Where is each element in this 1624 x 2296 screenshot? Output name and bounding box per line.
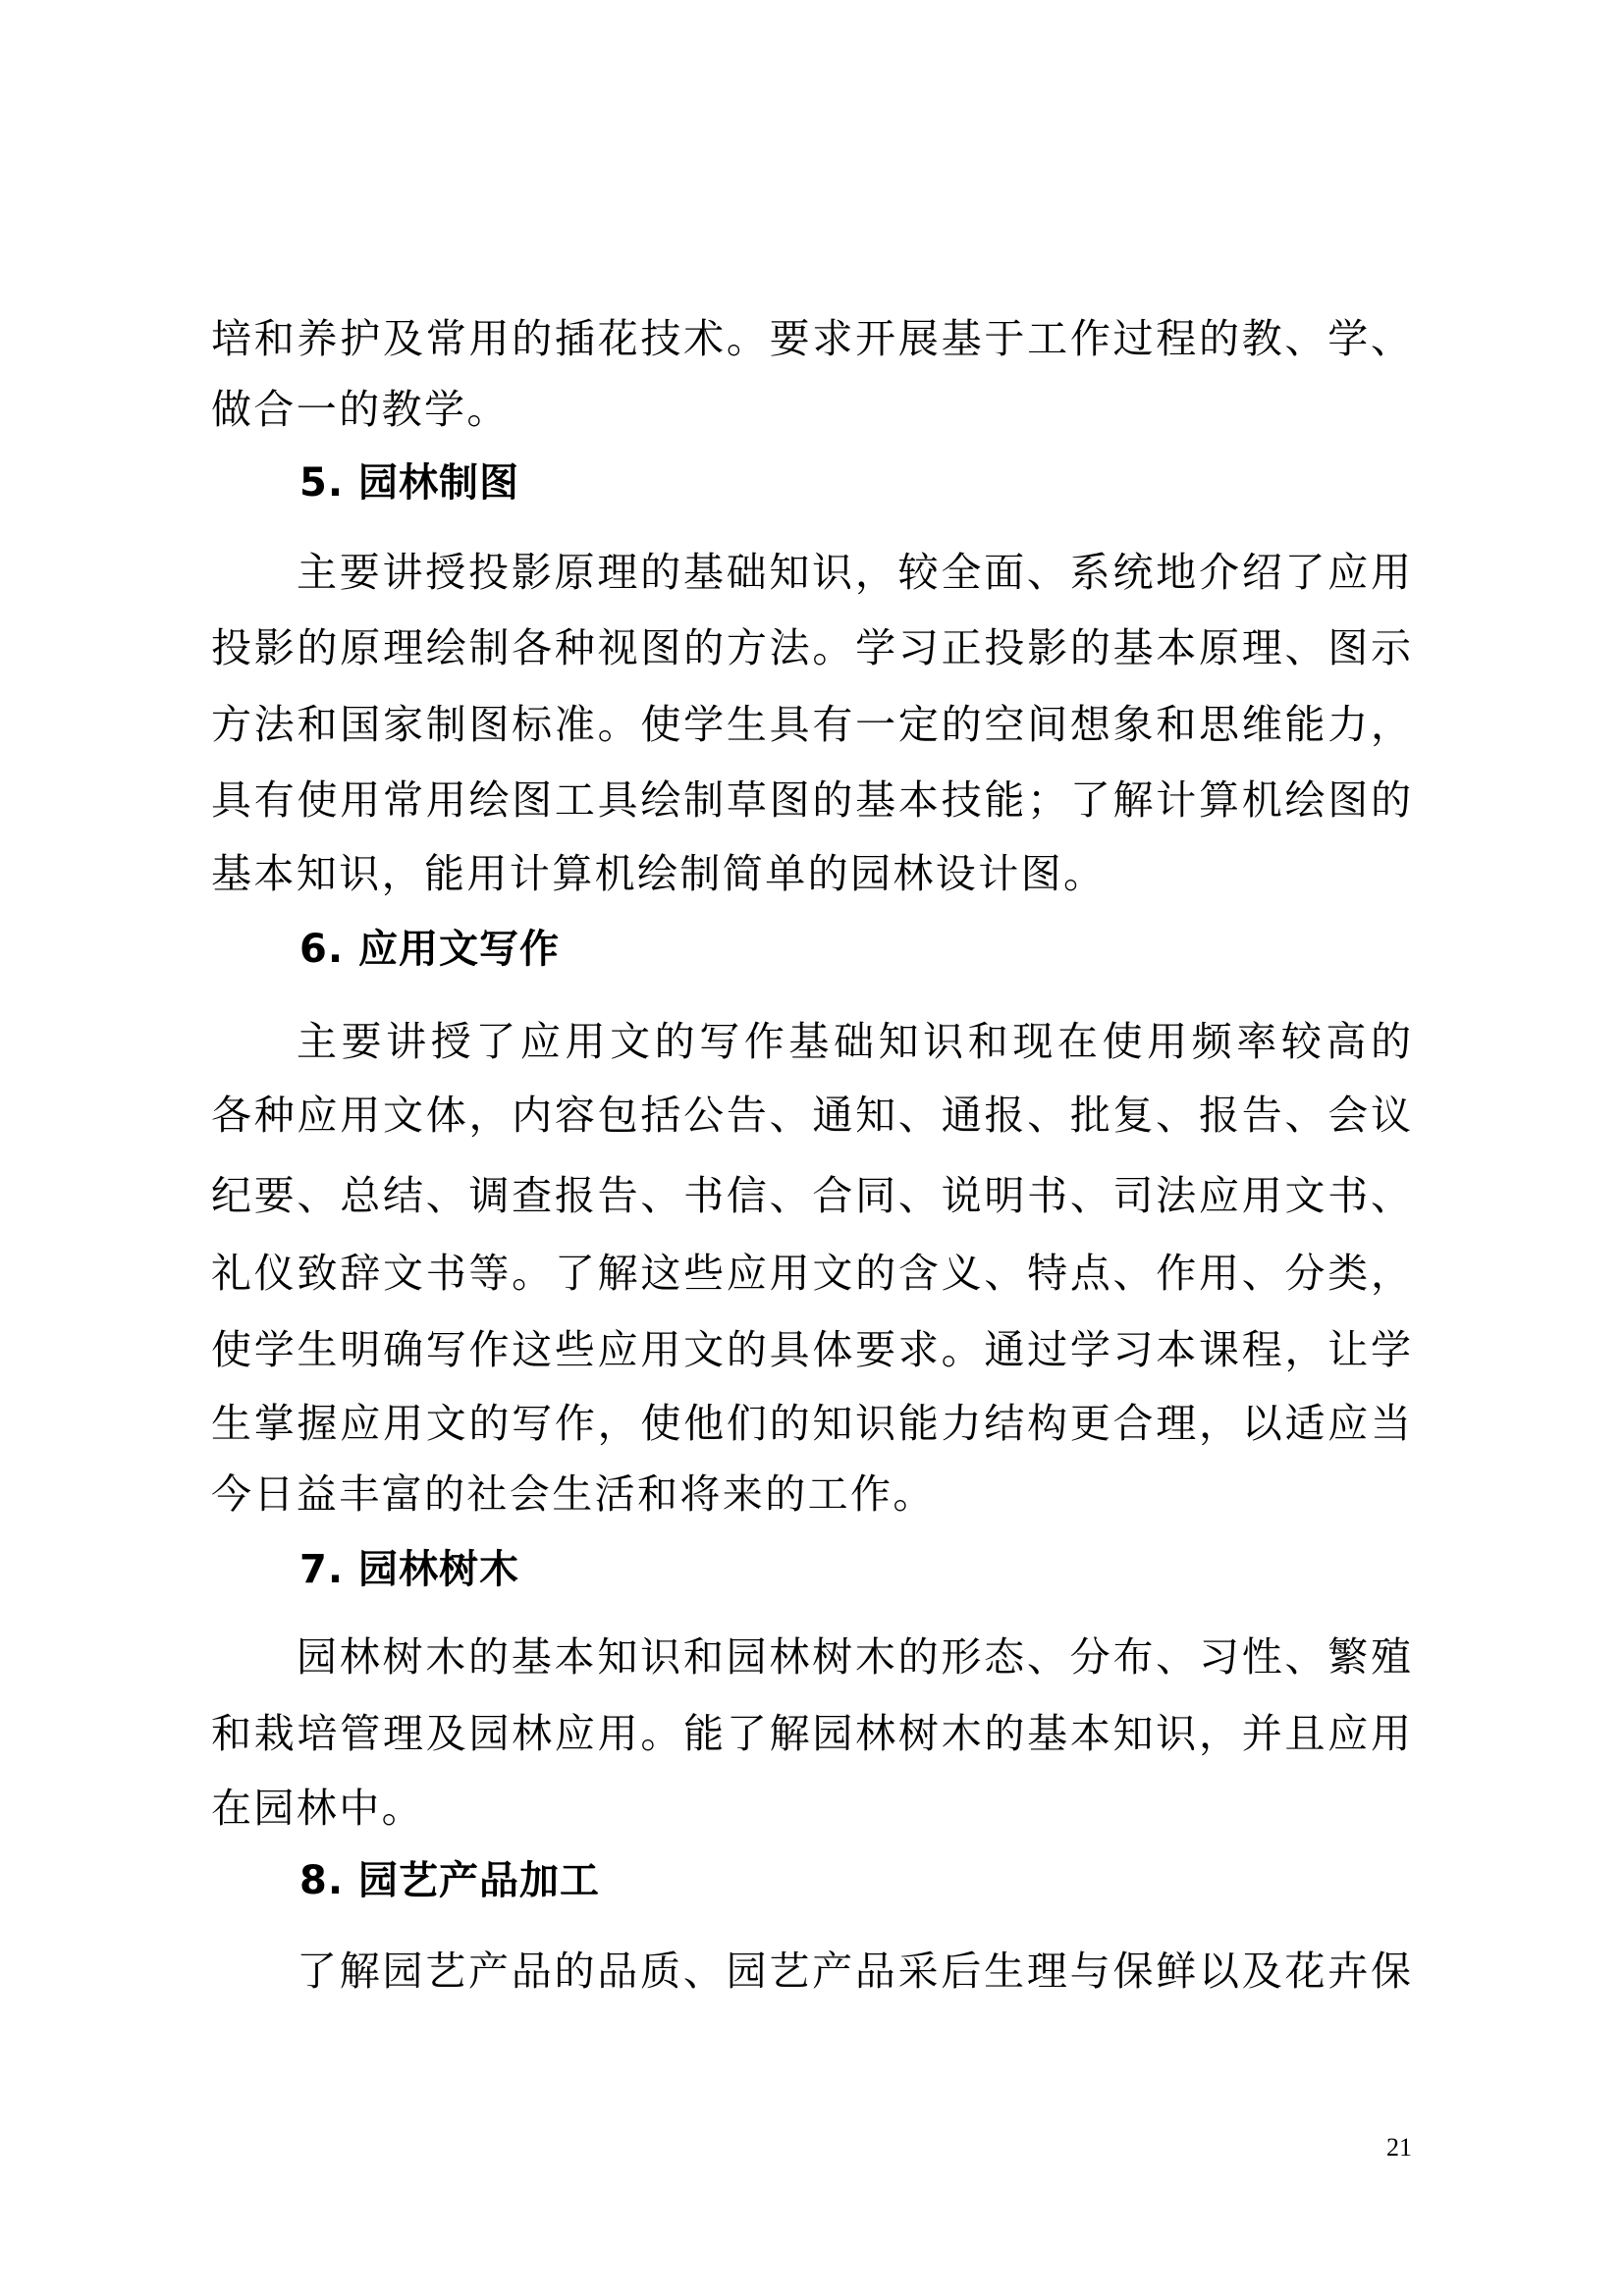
paragraph-line: 使学生明确写作这些应用文的具体要求。通过学习本课程，让学 — [211, 1326, 1411, 1373]
paragraph-line: 基本知识，能用计算机绘制简单的园林设计图。 — [211, 850, 1106, 897]
page-number: 21 — [1386, 2133, 1418, 2163]
paragraph-line: 主要讲授投影原理的基础知识，较全面、系统地介绍了应用 — [297, 549, 1411, 596]
section-heading-5: 5. 园林制图 — [299, 459, 519, 507]
paragraph-line: 园林树木的基本知识和园林树木的形态、分布、习性、繁殖 — [297, 1633, 1411, 1681]
section-heading-7: 7. 园林树木 — [299, 1546, 519, 1593]
document-page: 培和养护及常用的插花技术。要求开展基于工作过程的教、学、 做合一的教学。 5. … — [0, 0, 1624, 2296]
paragraph-line: 纪要、总结、调查报告、书信、合同、说明书、司法应用文书、 — [211, 1172, 1411, 1219]
section-heading-6: 6. 应用文写作 — [299, 926, 560, 973]
paragraph-line: 生掌握应用文的写作，使他们的知识能力结构更合理，以适应当 — [211, 1400, 1411, 1447]
paragraph-line: 主要讲授了应用文的写作基础知识和现在使用频率较高的 — [297, 1018, 1411, 1065]
paragraph-line: 和栽培管理及园林应用。能了解园林树木的基本知识，并且应用 — [211, 1710, 1411, 1757]
paragraph-line: 在园林中。 — [211, 1785, 424, 1832]
paragraph-line: 今日益丰富的社会生活和将来的工作。 — [211, 1470, 936, 1518]
paragraph-line: 各种应用文体，内容包括公告、通知、通报、批复、报告、会议 — [211, 1092, 1411, 1139]
paragraph-line: 做合一的教学。 — [211, 386, 510, 433]
section-heading-8: 8. 园艺产品加工 — [299, 1857, 600, 1904]
paragraph-line: 了解园艺产品的品质、园艺产品采后生理与保鲜以及花卉保 — [297, 1948, 1411, 1995]
paragraph-line: 投影的原理绘制各种视图的方法。学习正投影的基本原理、图示 — [211, 624, 1411, 671]
paragraph-line: 方法和国家制图标准。使学生具有一定的空间想象和思维能力， — [211, 701, 1411, 748]
paragraph-line: 礼仪致辞文书等。了解这些应用文的含义、特点、作用、分类， — [211, 1250, 1411, 1297]
paragraph-line: 培和养护及常用的插花技术。要求开展基于工作过程的教、学、 — [211, 315, 1411, 362]
paragraph-line: 具有使用常用绘图工具绘制草图的基本技能；了解计算机绘图的 — [211, 776, 1411, 824]
